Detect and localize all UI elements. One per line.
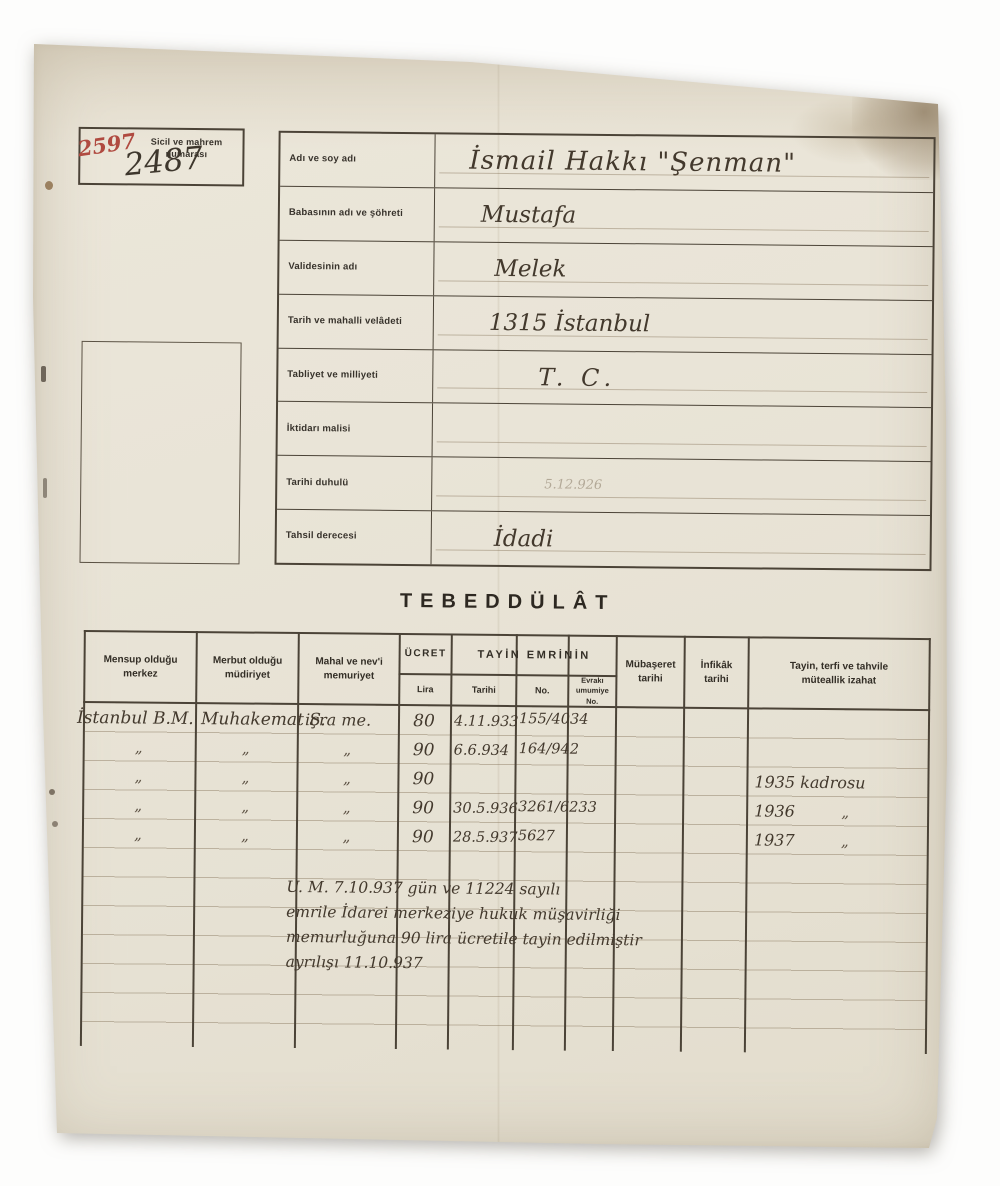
header-text: memuriyet [324,669,375,683]
header-text: Mahal ve nev'i [315,655,383,669]
header-text: Tayin, terfi ve tahvile [790,660,888,674]
document-paper: Sicil ve mahrem numarası 2597 2487 Adı v… [0,0,1000,1186]
cell-memuriyet-ditto: „ [296,792,397,822]
cell-memuriyet-ditto: „ [297,734,398,764]
col-header-tarihi: Tarihi [452,675,515,705]
document-content: Sicil ve mahrem numarası 2597 2487 Adı v… [0,0,1000,1186]
col-header-ucret: ÜCRET [400,635,450,673]
section-title: TEBEDDÜLÂT [84,587,931,618]
cell-izahat-ditto: „ [830,826,860,855]
cell-memuriyet-ditto: „ [296,763,397,793]
cell-lira: 80 [398,706,450,735]
cell-mudiriyet-ditto: „ [195,733,297,763]
info-row: Validesinin adı Melek [279,241,932,301]
header-text: Evrakı [581,676,604,686]
field-value: İdadi [494,525,554,552]
field-value-cell: 5.12.926 [432,458,930,516]
tebeddulat-table: Mensup olduğu merkez Merbut olduğu müdir… [80,630,931,1054]
col-header-mubaseret: Mübaşeret tarihi [617,637,684,707]
header-text: Mensup olduğu [104,653,178,667]
header-text: müteallik izahat [802,673,877,687]
info-row: Babasının adı ve şöhreti Mustafa [280,187,933,247]
col-header-izahat: Tayin, terfi ve tahvile müteallik izahat [749,638,929,709]
cell-memuriyet-ditto: „ [296,821,397,851]
cell-lira: 90 [397,793,449,822]
field-label: Tabliyet ve milliyeti [278,348,434,402]
col-header-no: No. [517,676,567,705]
cell-mudiriyet: Muhakemat Ş. [201,704,301,734]
cell-merkez-ditto: „ [83,732,195,762]
cell-no: 155/4034 [519,704,624,734]
header-text: Merbut olduğu [213,654,283,668]
cell-merkez: İstanbul B.M. [77,703,201,733]
scan-background: Sicil ve mahrem numarası 2597 2487 Adı v… [0,0,1000,1186]
col-header-tayin-emrinin: TAYİN EMRİNİN [452,635,615,675]
photo-box [80,341,242,565]
cell-no: 3261/6233 [518,792,623,822]
sicil-number-box: Sicil ve mahrem numarası 2597 2487 [78,127,245,187]
cell-izahat: 1937 [754,825,824,855]
cell-no: 164/942 [519,734,624,764]
field-value: T. C. [538,363,616,392]
cell-izahat: 1936 [754,796,824,826]
col-header-evrak: Evrakı umumiye No. [569,677,615,706]
info-row: Tabliyet ve milliyeti T. C. [278,348,931,408]
info-row: Tarihi duhulü 5.12.926 [277,456,930,516]
info-row: Tahsil derecesi İdadi [277,510,930,569]
personal-info-table: Adı ve soy adı İsmail Hakkı "Şenman" Bab… [274,131,935,571]
header-text: merkez [123,667,158,681]
cell-mudiriyet-ditto: „ [194,791,296,821]
col-header-infikak: İnfikâk tarihi [685,638,748,708]
header-text: umumiye No. [569,686,615,707]
field-value-cell: T. C. [433,350,931,408]
field-value-cell: Mustafa [435,188,933,246]
header-text: İnfikâk [701,659,733,673]
field-value: İsmail Hakkı "Şenman" [469,146,796,179]
cell-tarihi: 30.5.936 [453,793,523,823]
field-label: Tarihi duhulü [277,456,433,510]
note-line: ayrılışı 11.10.937 [286,950,658,979]
cell-izahat: 1935 kadrosu [754,767,929,798]
field-label: Babasının adı ve şöhreti [280,187,436,241]
cell-merkez-ditto: „ [82,819,194,849]
col-header-lira: Lira [400,675,450,704]
field-value-cell: 1315 İstanbul [434,296,932,354]
info-row: Adı ve soy adı İsmail Hakkı "Şenman" [280,133,933,193]
cell-izahat-ditto: „ [830,797,860,826]
cell-tarihi: 6.6.934 [454,736,524,766]
cell-merkez-ditto: „ [82,790,194,820]
note-line: U. M. 7.10.937 gün ve 11224 sayılı [286,875,658,904]
header-text: Mübaşeret [625,658,675,672]
note-line: emrile İdarei merkeziye hukuk müşavirliğ… [286,900,658,929]
field-value: 1315 İstanbul [489,310,651,338]
cell-tarihi: 4.11.933 [454,707,524,737]
handwritten-note: U. M. 7.10.937 gün ve 11224 sayılı emril… [286,875,659,979]
field-label: Tahsil derecesi [277,510,433,564]
field-label: Adı ve soy adı [280,133,436,187]
field-value-faint: 5.12.926 [544,478,602,494]
cell-memuriyet: icra me. [305,705,400,735]
cell-mudiriyet-ditto: „ [194,762,296,792]
cell-mudiriyet-ditto: „ [194,820,296,850]
cell-no: 5627 [518,821,623,851]
cell-lira: 90 [397,822,449,851]
col-header-merbut: Merbut olduğu müdiriyet [197,633,298,703]
header-text: tarihi [638,672,663,686]
field-value-cell: İsmail Hakkı "Şenman" [435,134,933,192]
cell-lira: 90 [398,735,450,764]
note-line: memurluğuna 90 lira ücretile tayin edilm… [286,925,658,954]
field-value-cell [433,404,931,462]
field-value: Mustafa [481,202,577,229]
header-text: tarihi [704,672,729,686]
field-value: Melek [494,256,566,283]
cell-lira: 90 [397,764,449,793]
cell-tarihi: 28.5.937 [453,822,523,852]
field-label: Validesinin adı [279,241,435,295]
field-label: İktidarı malisi [278,402,434,456]
field-value-cell: Melek [434,242,932,300]
field-label: Tarih ve mahalli velâdeti [279,294,435,348]
paper-shadow-wrap: Sicil ve mahrem numarası 2597 2487 Adı v… [0,0,1000,1186]
info-row: İktidarı malisi [278,402,931,462]
col-header-mensup: Mensup olduğu merkez [85,632,196,702]
header-text: müdiriyet [225,668,270,682]
col-header-mahal: Mahal ve nev'i memuriyet [299,634,399,704]
cell-merkez-ditto: „ [82,761,194,791]
field-value-cell: İdadi [432,511,930,569]
info-row: Tarih ve mahalli velâdeti 1315 İstanbul [279,294,932,354]
sicil-number-handwritten: 2487 [123,140,205,183]
